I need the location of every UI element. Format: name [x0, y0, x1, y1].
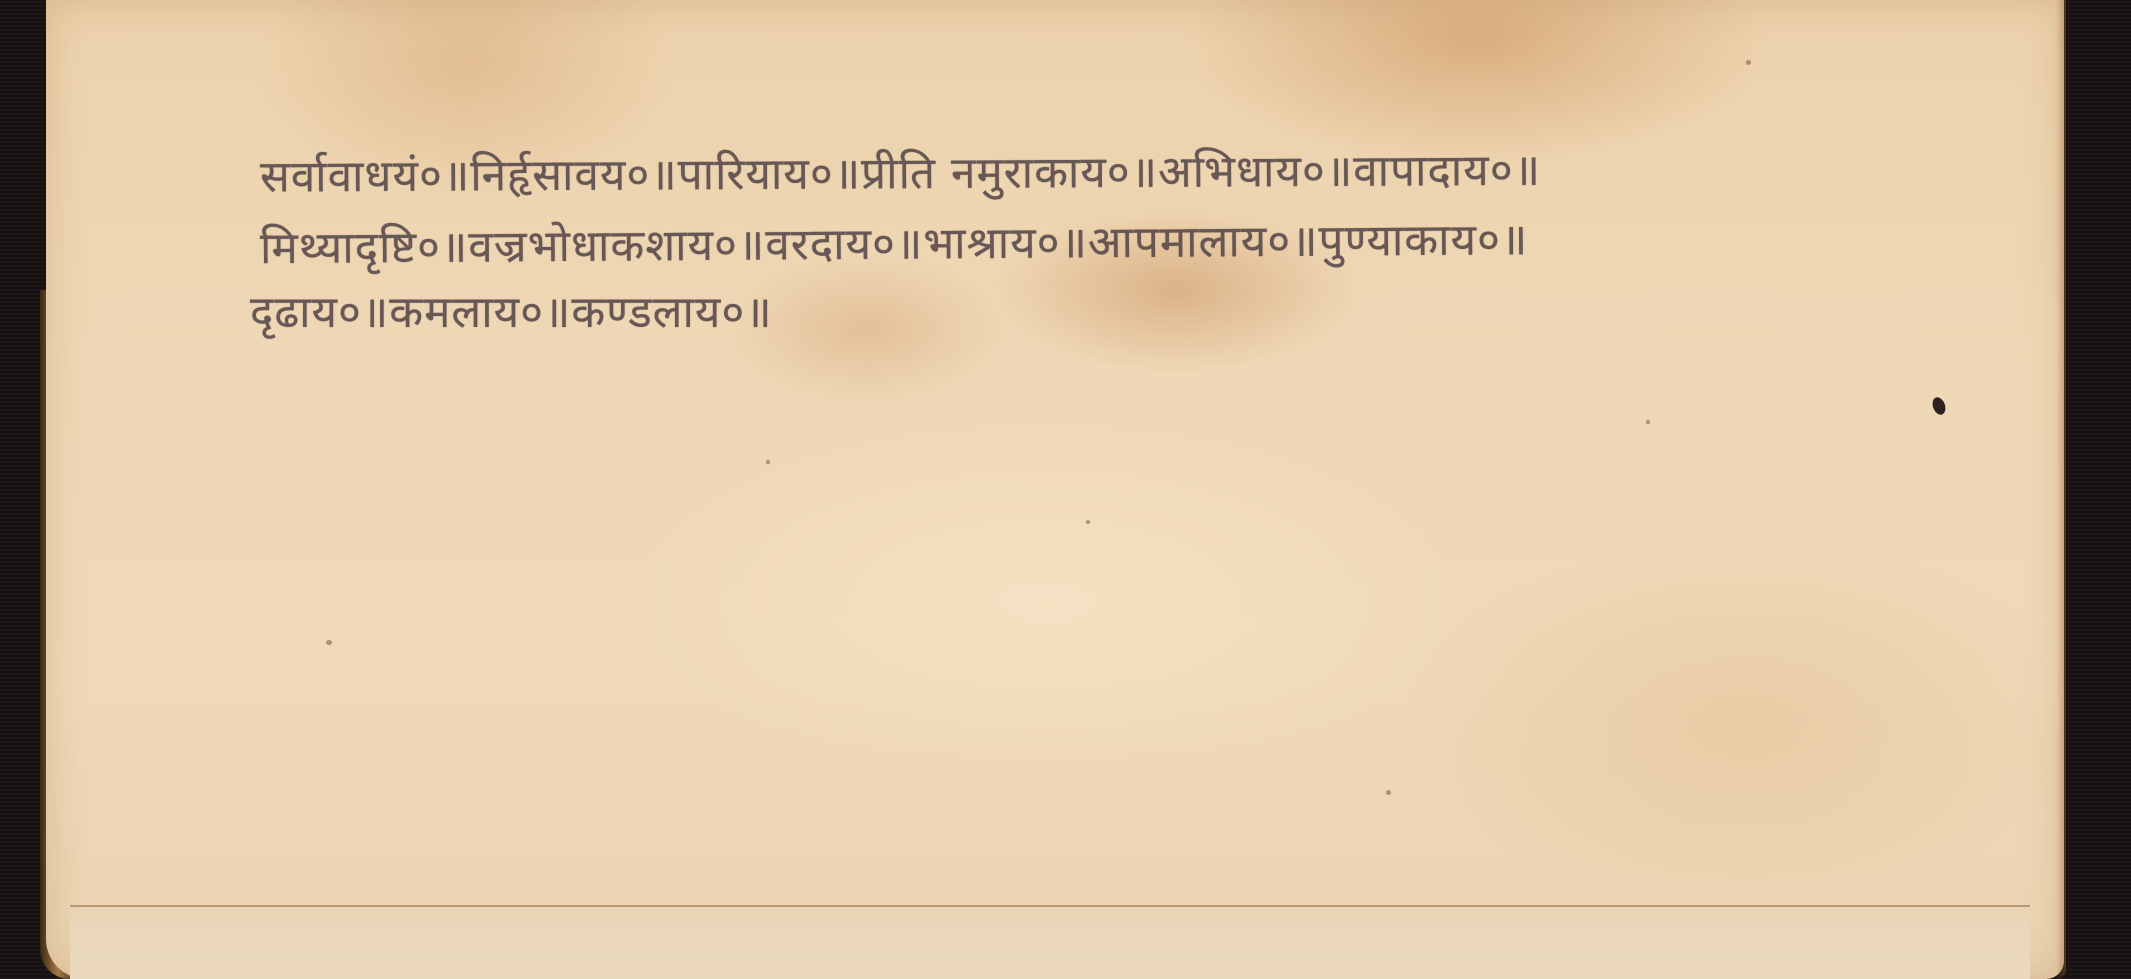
- manuscript-line-1: सर्वावाधयं०॥निर्हृसावय०॥पारियाय०॥प्रीति …: [260, 133, 2020, 212]
- manuscript-line-3: दृढाय०॥कमलाय०॥कण्डलाय०॥: [250, 278, 2020, 348]
- page-edge-shadow: [2056, 0, 2066, 979]
- paper-speck: [1646, 420, 1650, 424]
- page-lower-flap: [70, 907, 2030, 979]
- manuscript-line-2: मिथ्यादृष्टि०॥वज्रभोधाकशाय०॥वरदाय०॥भाश्र…: [260, 202, 2020, 284]
- paper-speck: [766, 460, 770, 464]
- paper-speck: [326, 640, 332, 645]
- paper-speck: [1746, 60, 1751, 65]
- manuscript-page: सर्वावाधयं०॥निर्हृसावय०॥पारियाय०॥प्रीति …: [46, 0, 2064, 979]
- manuscript-text-block: सर्वावाधयं०॥निर्हृसावय०॥पारियाय०॥प्रीति …: [260, 138, 2020, 348]
- paper-speck: [1086, 520, 1090, 524]
- paper-speck: [1386, 790, 1391, 795]
- photo-scene: सर्वावाधयं०॥निर्हृसावय०॥पारियाय०॥प्रीति …: [0, 0, 2131, 979]
